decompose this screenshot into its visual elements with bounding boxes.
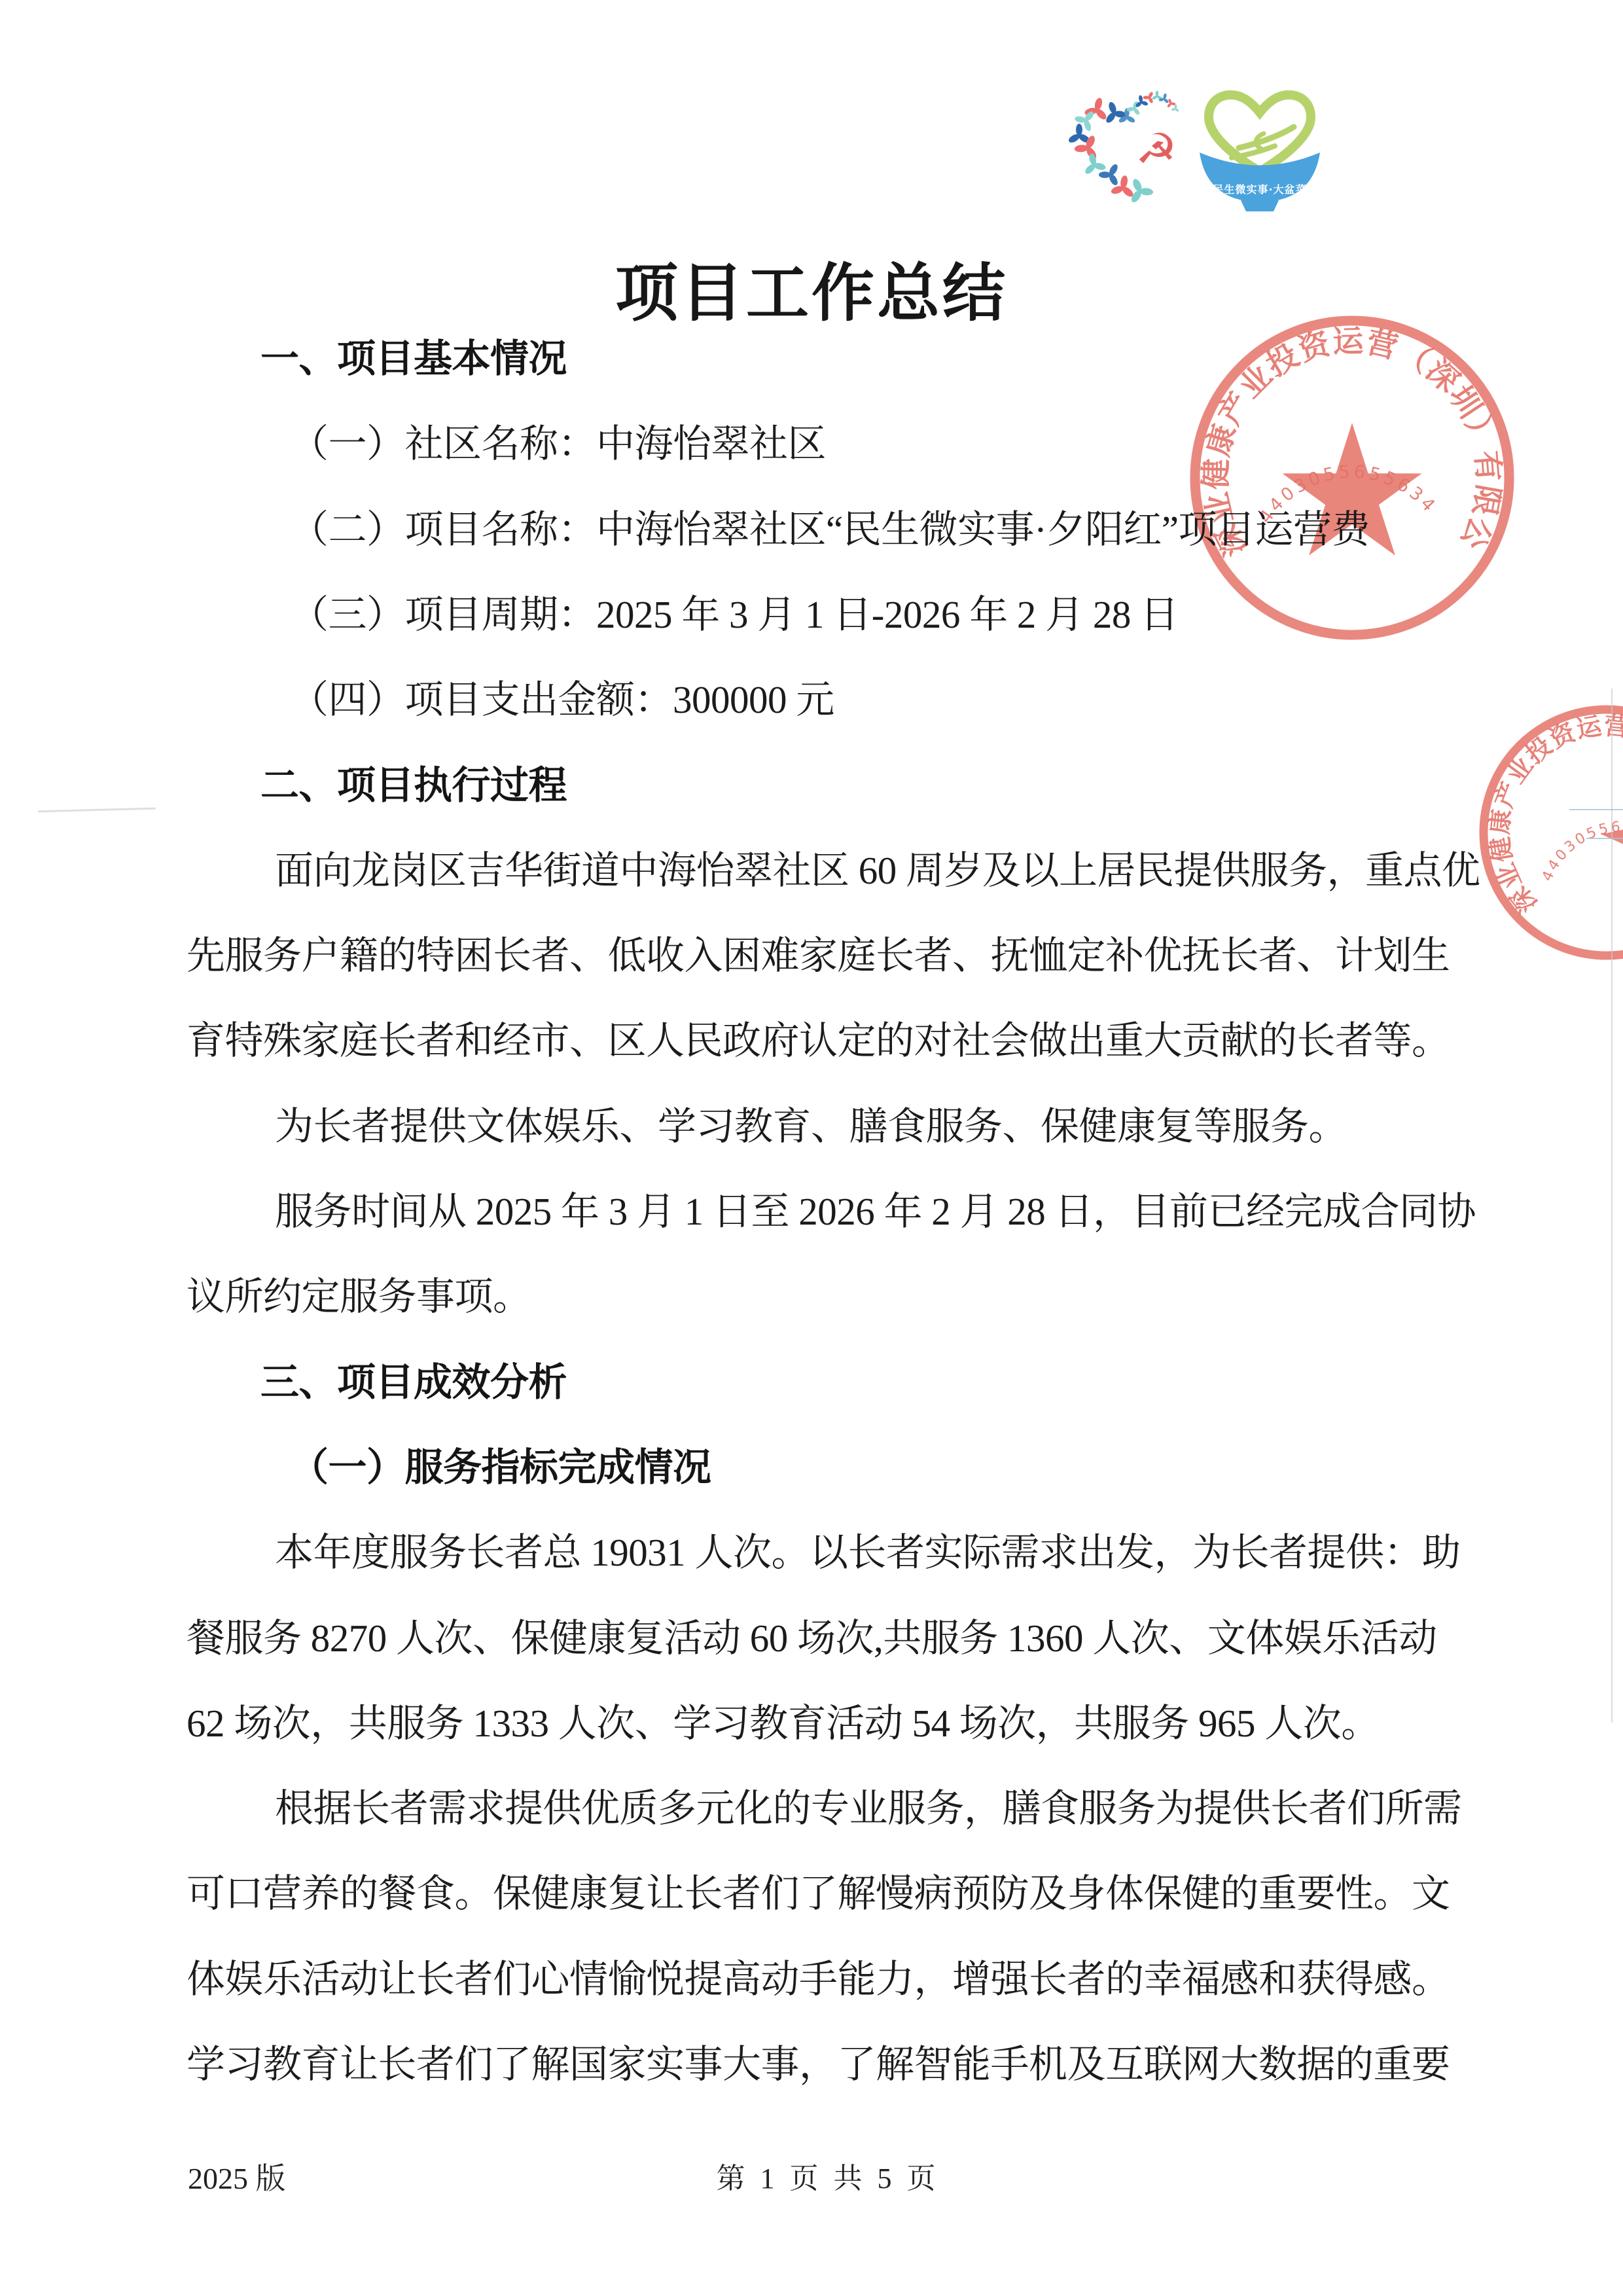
- text-line: （一）社区名称：中海怡翠社区: [290, 422, 826, 465]
- party-heart-logo: ☭: [1067, 89, 1181, 206]
- text-line: 学习教育让长者们了解国家实事大事，了解智能手机及互联网大数据的重要: [187, 2043, 1450, 2086]
- text-line: （三）项目周期：2025 年 3 月 1 日-2026 年 2 月 28 日: [290, 593, 1179, 636]
- section-heading: 二、项目执行过程: [260, 764, 567, 807]
- minsheng-bowl-logo: 民生微实事·大盆菜: [1200, 95, 1320, 211]
- hammer-sickle-icon: ☭: [1133, 122, 1180, 179]
- text-line: 62 场次，共服务 1333 人次、学习教育活动 54 场次，共服务 965 人…: [187, 1702, 1380, 1745]
- seal-serial-number: 4403055655634: [1531, 806, 1623, 887]
- text-line: 育特殊家庭长者和经市、区人民政府认定的对社会做出重大贡献的长者等。: [187, 1019, 1450, 1062]
- text-line: 面向龙岗区吉华街道中海怡翠社区 60 周岁及以上居民提供服务，重点优: [275, 849, 1480, 892]
- text-line: 先服务户籍的特困长者、低收入困难家庭长者、抚恤定补优抚长者、计划生: [187, 934, 1450, 977]
- text-line: 议所约定服务事项。: [187, 1275, 531, 1318]
- scan-smudge: [38, 808, 156, 813]
- scan-artifact-line: [1569, 809, 1623, 810]
- section-heading: （一）服务指标完成情况: [290, 1446, 711, 1489]
- scan-edge-line: [1611, 689, 1613, 1723]
- text-line: 本年度服务长者总 19031 人次。以长者实际需求出发，为长者提供：助: [275, 1531, 1461, 1574]
- svg-text:4403055655634: 4403055655634: [1531, 806, 1623, 887]
- footer-page-number: 第 1 页 共 5 页: [0, 2155, 1623, 2197]
- official-seal-main: 深业健康产业投资运营（深圳）有限公司 4403055655634: [1178, 301, 1544, 668]
- text-line: （二）项目名称：中海怡翠社区“民生微实事·夕阳红”项目运营费: [290, 508, 1370, 551]
- official-seal-clipped: 深业健康产业投资运营（深圳）有限公司 4403055655634: [1466, 687, 1623, 982]
- text-line: 可口营养的餐食。保健康复让长者们了解慢病预防及身体保健的重要性。文: [187, 1872, 1450, 1915]
- section-heading: 三、项目成效分析: [260, 1361, 567, 1404]
- text-line: 餐服务 8270 人次、保健康复活动 60 场次,共服务 1360 人次、文体娱…: [187, 1617, 1437, 1660]
- header-logos: ☭ 民生微实事·大盆菜: [1047, 82, 1335, 219]
- section-heading: 一、项目基本情况: [260, 337, 567, 380]
- text-line: 为长者提供文体娱乐、学习教育、膳食服务、保健康复等服务。: [275, 1105, 1347, 1148]
- text-line: 体娱乐活动让长者们心情愉悦提高动手能力，增强长者的幸福感和获得感。: [187, 1958, 1450, 2001]
- text-line: （四）项目支出金额：300000 元: [290, 678, 834, 721]
- scanned-document-page: ☭ 民生微实事·大盆菜 深业健康产业投资运营（深圳）有限公司 440305565…: [0, 0, 1623, 2296]
- text-line: 根据长者需求提供优质多元化的专业服务，膳食服务为提供长者们所需: [275, 1787, 1462, 1830]
- bowl-slogan: 民生微实事·大盆菜: [1213, 183, 1306, 196]
- scan-artifact-line: [1586, 838, 1623, 839]
- text-line: 服务时间从 2025 年 3 月 1 日至 2026 年 2 月 28 日，目前…: [275, 1190, 1476, 1233]
- bowl-foot: [1241, 200, 1279, 211]
- page-title: 项目工作总结: [0, 243, 1623, 333]
